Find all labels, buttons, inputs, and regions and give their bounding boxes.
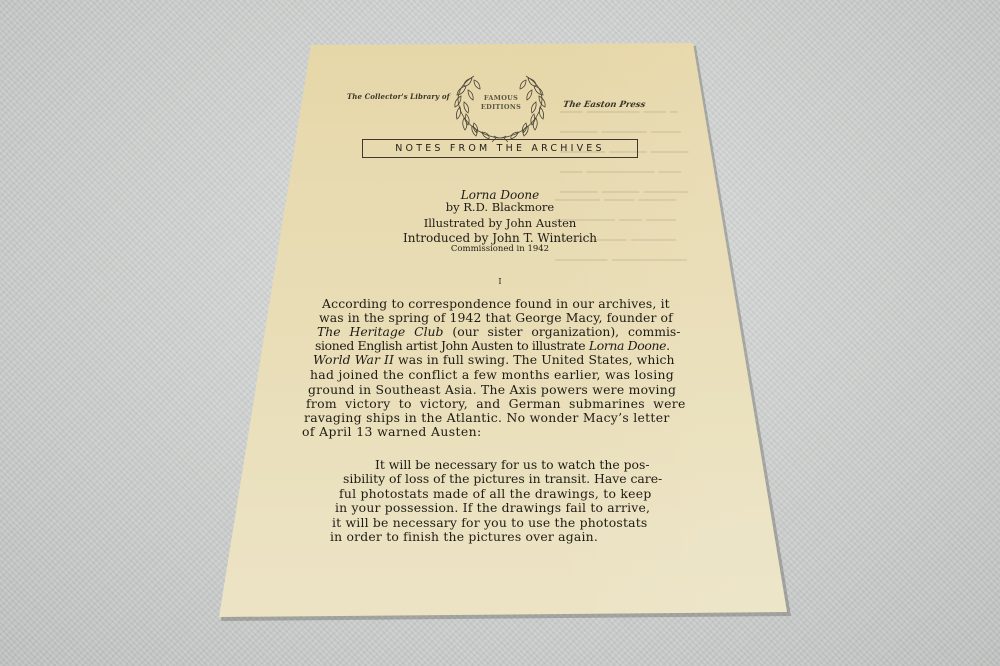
collectors-library-tagline: The Collector's Library of <box>347 92 450 101</box>
book-author: by R.D. Blackmore <box>380 200 620 214</box>
paragraph-line: World War II was in full swing. The Unit… <box>313 353 675 367</box>
leaflet-content: The Collector's Library of <box>0 0 1000 666</box>
commission-year: Commissioned in 1942 <box>380 244 620 254</box>
paragraph-line: was in the spring of 1942 that George Ma… <box>319 311 673 325</box>
section-number: I <box>380 277 620 286</box>
paragraph-line: from victory to victory, and German subm… <box>306 397 686 411</box>
notes-from-archives-banner: NOTES FROM THE ARCHIVES <box>362 139 638 158</box>
easton-press-signature: The Easton Press <box>562 100 646 110</box>
logo-line-editions: EDITIONS <box>474 103 528 112</box>
paragraph-line: sioned English artist John Austen to ill… <box>315 339 670 353</box>
paragraph-line: had joined the conflict a few months ear… <box>310 368 674 382</box>
paragraph-line: of April 13 warned Austen: <box>302 425 482 439</box>
logo-line-famous: FAMOUS <box>474 94 528 103</box>
book-illustrator: Illustrated by John Austen <box>380 216 620 230</box>
quote-line: it will be necessary for you to use the … <box>332 516 647 530</box>
paragraph-line: ground in Southeast Asia. The Axis power… <box>308 383 676 397</box>
quote-line: sibility of loss of the pictures in tran… <box>343 472 662 486</box>
quote-line: ful photostats made of all the drawings,… <box>339 487 652 501</box>
quote-line: in your possession. If the drawings fail… <box>335 501 650 515</box>
paragraph-line: ravaging ships in the Atlantic. No wonde… <box>304 411 670 425</box>
book-introducer: Introduced by John T. Winterich <box>370 231 630 245</box>
quote-line: in order to finish the pictures over aga… <box>330 530 598 544</box>
paragraph-line: The Heritage Club (our sister organizati… <box>317 325 680 339</box>
quote-line: It will be necessary for us to watch the… <box>375 458 650 472</box>
famous-editions-logo: FAMOUS EDITIONS <box>474 94 528 112</box>
paragraph-line: According to correspondence found in our… <box>322 297 670 311</box>
